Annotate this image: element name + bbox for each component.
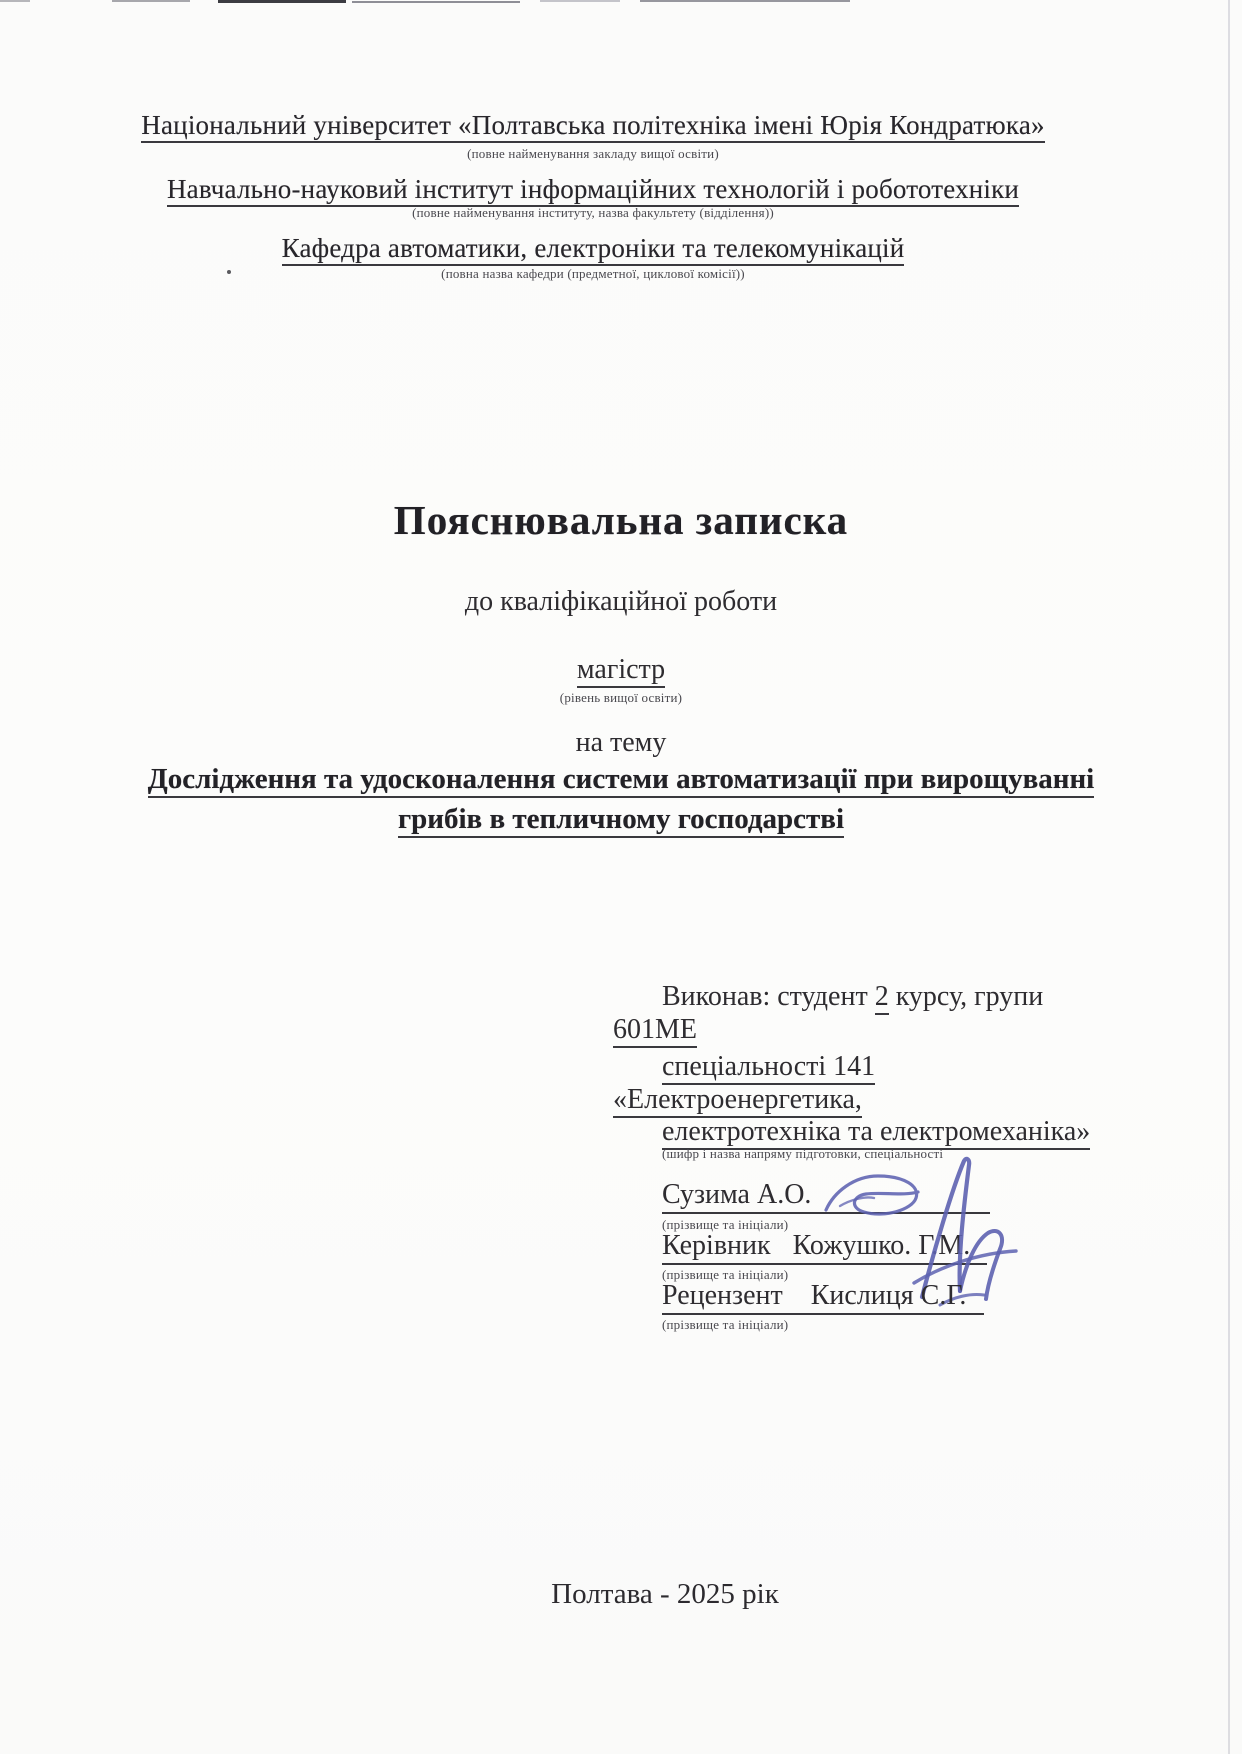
specialty-name-line-2: електротехніка та електромеханіка» (662, 1117, 1090, 1147)
specialty-line: спеціальності 141 (662, 1052, 875, 1082)
supervisor-signature-line: КерівникКожушко. Г.М. (662, 1231, 987, 1265)
student-signature-line: Сузима А.О. (662, 1180, 990, 1214)
student-signature (820, 1166, 970, 1228)
supervisor-label: Керівник (662, 1230, 771, 1261)
specialty-name-line-1: «Електроенергетика, (613, 1085, 862, 1115)
degree-caption: (рівень вищої освіти) (0, 690, 1242, 706)
scan-artifact (640, 0, 850, 2)
institute-name-text: Навчально-науковий інститут інформаційни… (167, 174, 1019, 207)
topic-line-1-text: Дослідження та удосконалення системи авт… (148, 763, 1094, 798)
topic-line-2-text: грибів в тепличному господарстві (398, 803, 844, 838)
scanned-title-page: Національний університет «Полтавська пол… (0, 0, 1242, 1754)
scan-artifact (540, 0, 620, 2)
department-name: Кафедра автоматики, електроніки та телек… (0, 233, 1214, 264)
degree-level-text: магістр (577, 654, 665, 688)
group-number: 601МЕ (613, 1014, 697, 1048)
scan-artifact (112, 0, 190, 2)
topic-line-2: грибів в тепличному господарстві (0, 803, 1242, 836)
course-number: 2 (875, 981, 889, 1015)
specialty-caption: (шифр і назва напряму підготовки, спеціа… (662, 1147, 943, 1161)
department-caption: (повна назва кафедри (предметної, циклов… (0, 266, 1214, 282)
scan-edge-line (1228, 0, 1230, 1754)
institute-name: Навчально-науковий інститут інформаційни… (0, 174, 1214, 205)
supervisor-name: Кожушко. Г.М. (793, 1230, 971, 1261)
department-name-text: Кафедра автоматики, електроніки та телек… (282, 233, 905, 266)
specialty-name-1: «Електроенергетика, (613, 1084, 862, 1118)
author-block: Виконав: студент 2 курсу, групи 601МЕ сп… (613, 982, 1233, 1382)
document-subtitle: до кваліфікаційної роботи (0, 586, 1242, 618)
reviewer-name: Кислиця С.Г. (811, 1280, 967, 1311)
scan-artifact (0, 0, 30, 2)
reviewer-label: Рецензент (662, 1280, 783, 1311)
performed-by-line: Виконав: студент 2 курсу, групи (662, 982, 1043, 1012)
group-line: 601МЕ (613, 1015, 697, 1045)
specialty-name-2: електротехніка та електромеханіка» (662, 1116, 1090, 1150)
topic-label: на тему (0, 727, 1242, 759)
reviewer-caption: (прізвище та ініціали) (662, 1318, 788, 1332)
university-name-text: Національний університет «Полтавська пол… (141, 110, 1044, 143)
student-name: Сузима А.О. (662, 1179, 811, 1210)
reviewer-signature-line: РецензентКислиця С.Г. (662, 1281, 984, 1315)
document-title: Пояснювальна записка (0, 496, 1242, 544)
city-year-line: Полтава - 2025 рік (44, 1578, 1242, 1611)
degree-level: магістр (0, 654, 1242, 686)
performed-by-suffix: курсу, групи (889, 981, 1044, 1012)
scan-artifact (352, 1, 520, 3)
scan-artifact (218, 0, 346, 3)
performed-by-prefix: Виконав: студент (662, 981, 875, 1012)
university-name: Національний університет «Полтавська пол… (0, 110, 1214, 141)
topic-line-1: Дослідження та удосконалення системи авт… (0, 763, 1242, 796)
university-caption: (повне найменування закладу вищої освіти… (0, 146, 1214, 162)
institute-caption: (повне найменування інституту, назва фак… (0, 205, 1214, 221)
specialty-code: спеціальності 141 (662, 1051, 875, 1085)
